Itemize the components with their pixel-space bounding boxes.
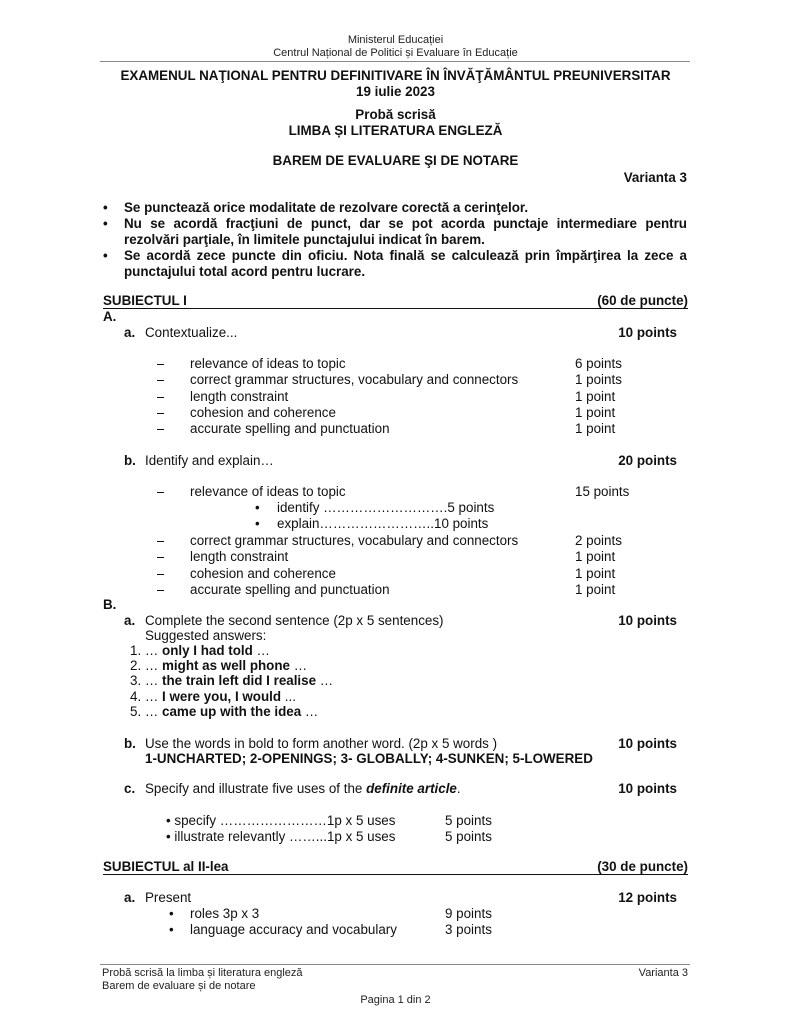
criterion-points: 1 point [575, 549, 615, 565]
task-points: 10 points [618, 781, 677, 797]
answer-ellipsis: … [294, 658, 307, 673]
answer-number: 1. … [130, 643, 158, 658]
part-b-label: B. [103, 597, 116, 613]
task-points: 10 points [618, 613, 677, 629]
task-text: Identify and explain… [145, 453, 274, 469]
suggested-answer: 2. … might as well phone … [130, 658, 307, 674]
rule-2-cont: rezolvări parţiale, în limitele punctaju… [124, 232, 485, 248]
dash-icon [157, 364, 164, 365]
criterion-points: 3 points [445, 922, 492, 938]
task-text: Present [145, 890, 191, 906]
answer-number: 3. … [130, 673, 158, 688]
task-text: Contextualize... [145, 325, 237, 341]
section-1-title: SUBIECTUL I [103, 293, 187, 309]
item-letter: a. [124, 890, 135, 906]
exam-date: 19 iulie 2023 [0, 84, 791, 100]
criterion-points: 1 points [575, 372, 622, 388]
bullet-icon: • [255, 516, 260, 532]
answer-ellipsis: ... [285, 689, 296, 704]
task-text: Use the words in bold to form another wo… [145, 736, 497, 752]
criterion-text: cohesion and coherence [190, 405, 336, 421]
page-number: Pagina 1 din 2 [0, 994, 791, 1007]
ministry-name: Ministerul Educației [0, 34, 791, 47]
criterion-text: length constraint [190, 389, 288, 405]
answer-text: only I had told [162, 643, 253, 658]
dash-icon [157, 429, 164, 430]
task-points: 20 points [618, 453, 677, 469]
dash-icon [157, 380, 164, 381]
criterion-text: relevance of ideas to topic [190, 484, 346, 500]
criterion-points: 5 points [445, 813, 492, 829]
test-type: Probă scrisă [0, 107, 791, 123]
answer-ellipsis: … [320, 673, 333, 688]
task-points: 10 points [618, 325, 677, 341]
task-points: 12 points [618, 890, 677, 906]
criterion-text: • specify ……………………1p x 5 uses [166, 813, 395, 829]
suggested-answer: 3. … the train left did I realise … [130, 673, 333, 689]
sub-criterion: explain……………………..10 points [277, 516, 488, 532]
task-points: 10 points [618, 736, 677, 752]
item-letter: b. [124, 453, 136, 469]
bullet-icon: • [103, 248, 108, 264]
dash-icon [157, 557, 164, 558]
bullet-icon: • [255, 500, 260, 516]
dash-icon [157, 574, 164, 575]
footer-left-2: Barem de evaluare și de notare [102, 980, 255, 993]
dash-icon [157, 541, 164, 542]
rule-1: Se punctează orice modalitate de rezolva… [124, 200, 528, 216]
rule-2: Nu se acordă fracţiuni de punct, dar se … [124, 216, 687, 232]
criterion-text: language accuracy and vocabulary [190, 922, 397, 938]
criterion-points: 1 point [575, 389, 615, 405]
criterion-points: 5 points [445, 829, 492, 845]
bullet-icon: • [103, 216, 108, 232]
task-text-pre: Specify and illustrate five uses of the [145, 781, 366, 796]
criterion-points: 9 points [445, 906, 492, 922]
rule-3: Se acordă zece puncte din oficiu. Nota f… [124, 248, 687, 264]
task-text-emphasis: definite article [366, 781, 457, 796]
answer-text: might as well phone [162, 658, 290, 673]
criterion-text: • illustrate relevantly ……...1p x 5 uses [166, 829, 395, 845]
criterion-text: roles 3p x 3 [190, 906, 259, 922]
criterion-points: 1 point [575, 566, 615, 582]
exam-title: EXAMENUL NAŢIONAL PENTRU DEFINITIVARE ÎN… [0, 68, 791, 84]
bullet-icon: • [169, 922, 174, 938]
center-name: Centrul Național de Politici și Evaluare… [0, 47, 791, 60]
sub-criterion: identify ……………………….5 points [277, 500, 494, 516]
section-1-underline [103, 308, 688, 309]
criterion-text: correct grammar structures, vocabulary a… [190, 533, 518, 549]
rule-3-cont: punctajului total acord pentru lucrare. [124, 264, 365, 280]
part-a-label: A. [103, 309, 116, 325]
answer-text: the train left did I realise [162, 673, 316, 688]
suggested-answer: 4. … I were you, I would ... [130, 689, 296, 705]
criterion-text: correct grammar structures, vocabulary a… [190, 372, 518, 388]
task-text-post: . [457, 781, 461, 796]
barem-title: BAREM DE EVALUARE ŞI DE NOTARE [0, 153, 791, 169]
section-2-points: (30 de puncte) [597, 859, 688, 875]
item-letter: a. [124, 325, 135, 341]
item-letter: b. [124, 736, 136, 752]
bullet-icon: • [103, 200, 108, 216]
suggested-answer: 5. … came up with the idea … [130, 704, 318, 720]
item-letter: c. [124, 781, 135, 797]
answer-ellipsis: … [257, 643, 270, 658]
suggested-answer: 1. … only I had told … [130, 643, 270, 659]
criterion-points: 15 points [575, 484, 629, 500]
header-divider [100, 61, 690, 62]
answer-number: 2. … [130, 658, 158, 673]
criterion-text: relevance of ideas to topic [190, 356, 346, 372]
section-2-title: SUBIECTUL al II-lea [103, 859, 229, 875]
criterion-text: accurate spelling and punctuation [190, 421, 390, 437]
suggested-answers-label: Suggested answers: [145, 628, 266, 644]
section-1-points: (60 de puncte) [597, 293, 688, 309]
subject-name: LIMBA ȘI LITERATURA ENGLEZĂ [0, 123, 791, 139]
footer-left-1: Probă scrisă la limba și literatura engl… [102, 967, 303, 980]
answer-text: came up with the idea [162, 704, 301, 719]
criterion-points: 2 points [575, 533, 622, 549]
item-letter: a. [124, 613, 135, 629]
answer-ellipsis: … [305, 704, 318, 719]
criterion-points: 1 point [575, 421, 615, 437]
bullet-icon: • [169, 906, 174, 922]
footer-variant: Varianta 3 [639, 967, 688, 980]
dash-icon [157, 590, 164, 591]
dash-icon [157, 397, 164, 398]
criterion-text: cohesion and coherence [190, 566, 336, 582]
task-text: Specify and illustrate five uses of the … [145, 781, 461, 797]
criterion-text: length constraint [190, 549, 288, 565]
section-2-underline [103, 874, 688, 875]
dash-icon [157, 492, 164, 493]
task-text: Complete the second sentence (2p x 5 sen… [145, 613, 444, 629]
footer-divider [100, 964, 690, 965]
answer-number: 5. … [130, 704, 158, 719]
word-formation-answers: 1-UNCHARTED; 2-OPENINGS; 3- GLOBALLY; 4-… [145, 751, 593, 767]
criterion-points: 1 point [575, 582, 615, 598]
criterion-points: 1 point [575, 405, 615, 421]
dash-icon [157, 413, 164, 414]
answer-text: I were you, I would [162, 689, 281, 704]
criterion-points: 6 points [575, 356, 622, 372]
answer-number: 4. … [130, 689, 158, 704]
variant-label: Varianta 3 [624, 170, 687, 186]
criterion-text: accurate spelling and punctuation [190, 582, 390, 598]
